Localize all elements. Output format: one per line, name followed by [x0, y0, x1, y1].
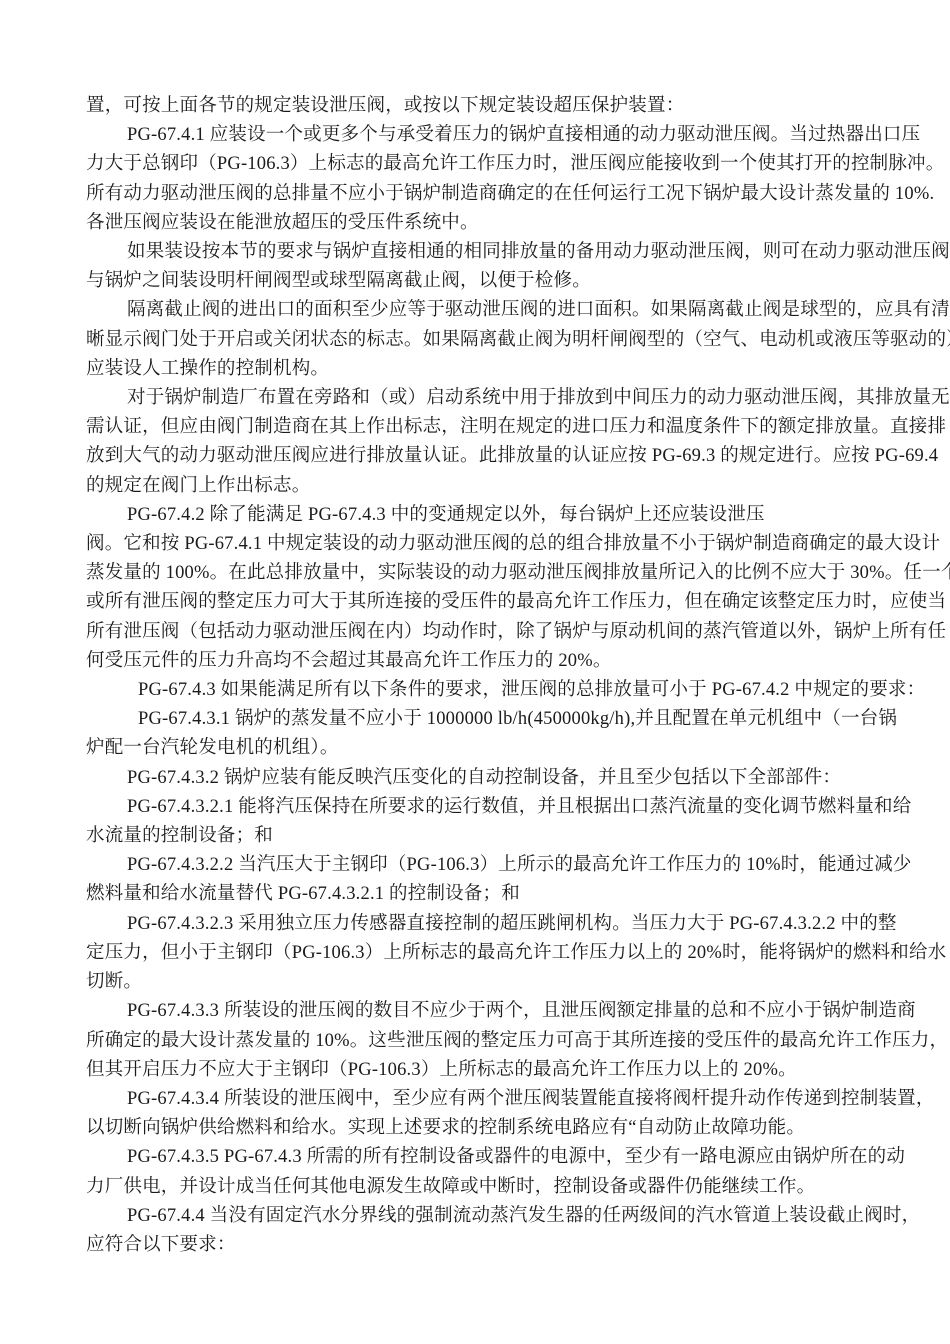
text-line: 阀。它和按 PG-67.4.1 中规定装设的动力驱动泄压阀的总的组合排放量不小于… [86, 530, 942, 559]
text-line: 或所有泄压阀的整定压力可大于其所连接的受压件的最高允许工作压力，但在确定该整定压… [86, 588, 942, 617]
text-line: 力厂供电，并设计成当任何其他电源发生故障或中断时，控制设备或器件仍能继续工作。 [86, 1173, 942, 1202]
text-line: 力大于总钢印（PG-106.3）上标志的最高允许工作压力时，泄压阀应能接收到一个… [86, 150, 942, 179]
text-line: PG-67.4.3.2 锅炉应装有能反映汽压变化的自动控制设备，并且至少包括以下… [86, 764, 942, 793]
document-page: 置，可按上面各节的规定装设泄压阀，或按以下规定装设超压保护装置：PG-67.4.… [0, 0, 950, 1344]
text-line: 水流量的控制设备；和 [86, 822, 942, 851]
text-line: PG-67.4.2 除了能满足 PG-67.4.3 中的变通规定以外，每台锅炉上… [86, 501, 942, 530]
text-line: PG-67.4.4 当没有固定汽水分界线的强制流动蒸汽发生器的任两级间的汽水管道… [86, 1202, 942, 1231]
text-line: 如果装设按本节的要求与锅炉直接相通的相同排放量的备用动力驱动泄压阀，则可在动力驱… [86, 238, 942, 267]
text-line: 放到大气的动力驱动泄压阀应进行排放量认证。此排放量的认证应按 PG-69.3 的… [86, 442, 942, 471]
text-line: PG-67.4.3 如果能满足所有以下条件的要求，泄压阀的总排放量可小于 PG-… [86, 676, 942, 705]
text-line: 需认证，但应由阀门制造商在其上作出标志，注明在规定的进口压力和温度条件下的额定排… [86, 413, 942, 442]
text-line: 置，可按上面各节的规定装设泄压阀，或按以下规定装设超压保护装置： [86, 92, 942, 121]
text-line: 定压力，但小于主钢印（PG-106.3）上所标志的最高允许工作压力以上的 20%… [86, 939, 942, 968]
text-line: 对于锅炉制造厂布置在旁路和（或）启动系统中用于排放到中间压力的动力驱动泄压阀，其… [86, 384, 942, 413]
text-line: 燃料量和给水流量替代 PG-67.4.3.2.1 的控制设备；和 [86, 880, 942, 909]
text-line: 各泄压阀应装设在能泄放超压的受压件系统中。 [86, 209, 942, 238]
text-line: PG-67.4.3.4 所装设的泄压阀中，至少应有两个泄压阀装置能直接将阀杆提升… [86, 1085, 942, 1114]
text-line: 应装设人工操作的控制机构。 [86, 355, 942, 384]
text-line: 所有动力驱动泄压阀的总排量不应小于锅炉制造商确定的在任何运行工况下锅炉最大设计蒸… [86, 180, 942, 209]
text-line: 切断。 [86, 968, 942, 997]
text-line: PG-67.4.3.3 所装设的泄压阀的数目不应少于两个，且泄压阀额定排量的总和… [86, 997, 942, 1026]
text-line: PG-67.4.3.2.1 能将汽压保持在所要求的运行数值，并且根据出口蒸汽流量… [86, 793, 942, 822]
text-line: 与锅炉之间装设明杆闸阀型或球型隔离截止阀，以便于检修。 [86, 267, 942, 296]
text-line: 应符合以下要求： [86, 1231, 942, 1260]
text-line: PG-67.4.3.5 PG-67.4.3 所需的所有控制设备或器件的电源中，至… [86, 1143, 942, 1172]
text-line: PG-67.4.1 应装设一个或更多个与承受着压力的锅炉直接相通的动力驱动泄压阀… [86, 121, 942, 150]
text-line: 所确定的最大设计蒸发量的 10%。这些泄压阀的整定压力可高于其所连接的受压件的最… [86, 1027, 942, 1056]
text-line: 的规定在阀门上作出标志。 [86, 472, 942, 501]
text-line: 隔离截止阀的进出口的面积至少应等于驱动泄压阀的进口面积。如果隔离截止阀是球型的，… [86, 296, 942, 325]
text-line: PG-67.4.3.2.2 当汽压大于主钢印（PG-106.3）上所示的最高允许… [86, 851, 942, 880]
text-line: 蒸发量的 100%。在此总排放量中，实际装设的动力驱动泄压阀排放量所记入的比例不… [86, 559, 942, 588]
text-line: 何受压元件的压力升高均不会超过其最高允许工作压力的 20%。 [86, 647, 942, 676]
text-line: 晰显示阀门处于开启或关闭状态的标志。如果隔离截止阀为明杆闸阀型的（空气、电动机或… [86, 326, 942, 355]
text-line: 所有泄压阀（包括动力驱动泄压阀在内）均动作时，除了锅炉与原动机间的蒸汽管道以外，… [86, 618, 942, 647]
text-line: PG-67.4.3.2.3 采用独立压力传感器直接控制的超压跳闸机构。当压力大于… [86, 910, 942, 939]
text-line: PG-67.4.3.1 锅炉的蒸发量不应小于 1000000 lb/h(4500… [86, 705, 942, 734]
text-line: 但其开启压力不应大于主钢印（PG-106.3）上所标志的最高允许工作压力以上的 … [86, 1056, 942, 1085]
text-line: 以切断向锅炉供给燃料和给水。实现上述要求的控制系统电路应有“自动防止故障功能。 [86, 1114, 942, 1143]
text-line: 炉配一台汽轮发电机的机组）。 [86, 734, 942, 763]
document-text-body: 置，可按上面各节的规定装设泄压阀，或按以下规定装设超压保护装置：PG-67.4.… [86, 92, 942, 1260]
